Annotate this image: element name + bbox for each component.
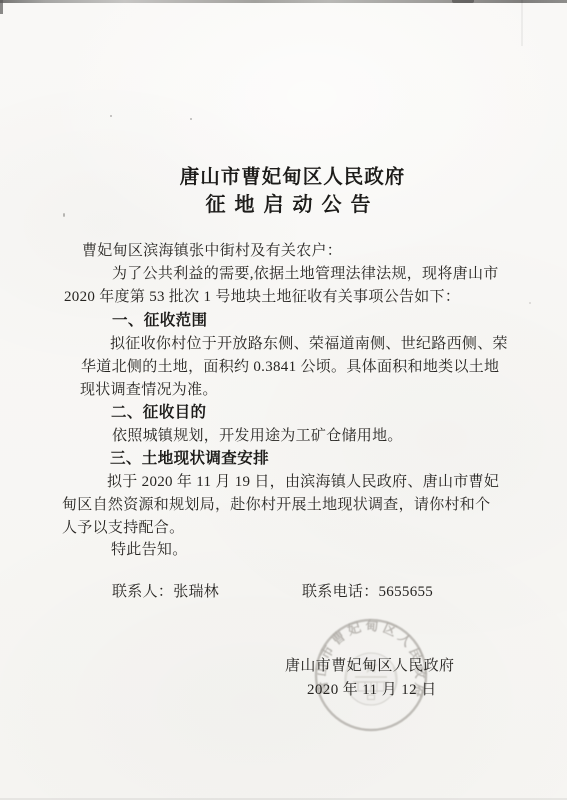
paragraph2-line2: 华道北侧的土地，面积约 0.3841 公顷。具体面积和地类以土地	[81, 358, 499, 377]
paragraph2-line1: 拟征收你村位于开放路东侧、荣福道南侧、世纪路西侧、荣	[110, 335, 508, 354]
signature-issuer: 唐山市曹妃甸区人民政府	[285, 657, 454, 676]
dust-speck	[110, 115, 112, 117]
paragraph4-line2: 甸区自然资源和规划局，赴你村开展土地现状调查，请你村和个	[62, 496, 490, 515]
dust-speck	[529, 302, 531, 304]
paragraph4-line3: 人予以支持配合。	[62, 519, 184, 538]
dust-speck	[190, 118, 192, 120]
paragraph3-line1: 依照城镇规划，开发用途为工矿仓储用地。	[112, 427, 403, 446]
contact-person: 联系人：张瑞林	[112, 583, 219, 602]
paragraph2-line3: 现状调查情况为准。	[80, 381, 218, 400]
document-title-issuer: 唐山市曹妃甸区人民政府	[9, 168, 567, 187]
salutation: 曹妃甸区滨海镇张中街村及有关农户：	[82, 242, 342, 261]
section2-heading: 二、征收目的	[111, 403, 206, 422]
paragraph1-line2: 2020 年度第 53 批次 1 号地块土地征收有关事项公告如下：	[64, 288, 460, 307]
scan-edge-mark	[452, 0, 474, 3]
scanned-document-page: 唐山市曹妃甸区人民政府 征地启动公告 曹妃甸区滨海镇张中街村及有关农户： 为了公…	[0, 0, 567, 800]
scan-edge-right	[521, 0, 523, 46]
document-title: 征地启动公告	[9, 196, 567, 215]
scan-edge-left	[0, 0, 3, 14]
scan-edge-top	[0, 0, 567, 3]
closing-line: 特此告知。	[111, 541, 188, 560]
contact-phone: 联系电话：5655655	[302, 583, 433, 602]
section3-heading: 三、土地现状调查安排	[110, 449, 269, 468]
paragraph1-line1: 为了公共利益的需要,依据土地管理法律法规，现将唐山市	[112, 265, 499, 284]
paragraph4-line1: 拟于 2020 年 11 月 19 日，由滨海镇人民政府、唐山市曹妃	[107, 473, 499, 492]
signature-date: 2020 年 11 月 12 日	[307, 681, 437, 700]
section1-heading: 一、征收范围	[112, 311, 207, 330]
